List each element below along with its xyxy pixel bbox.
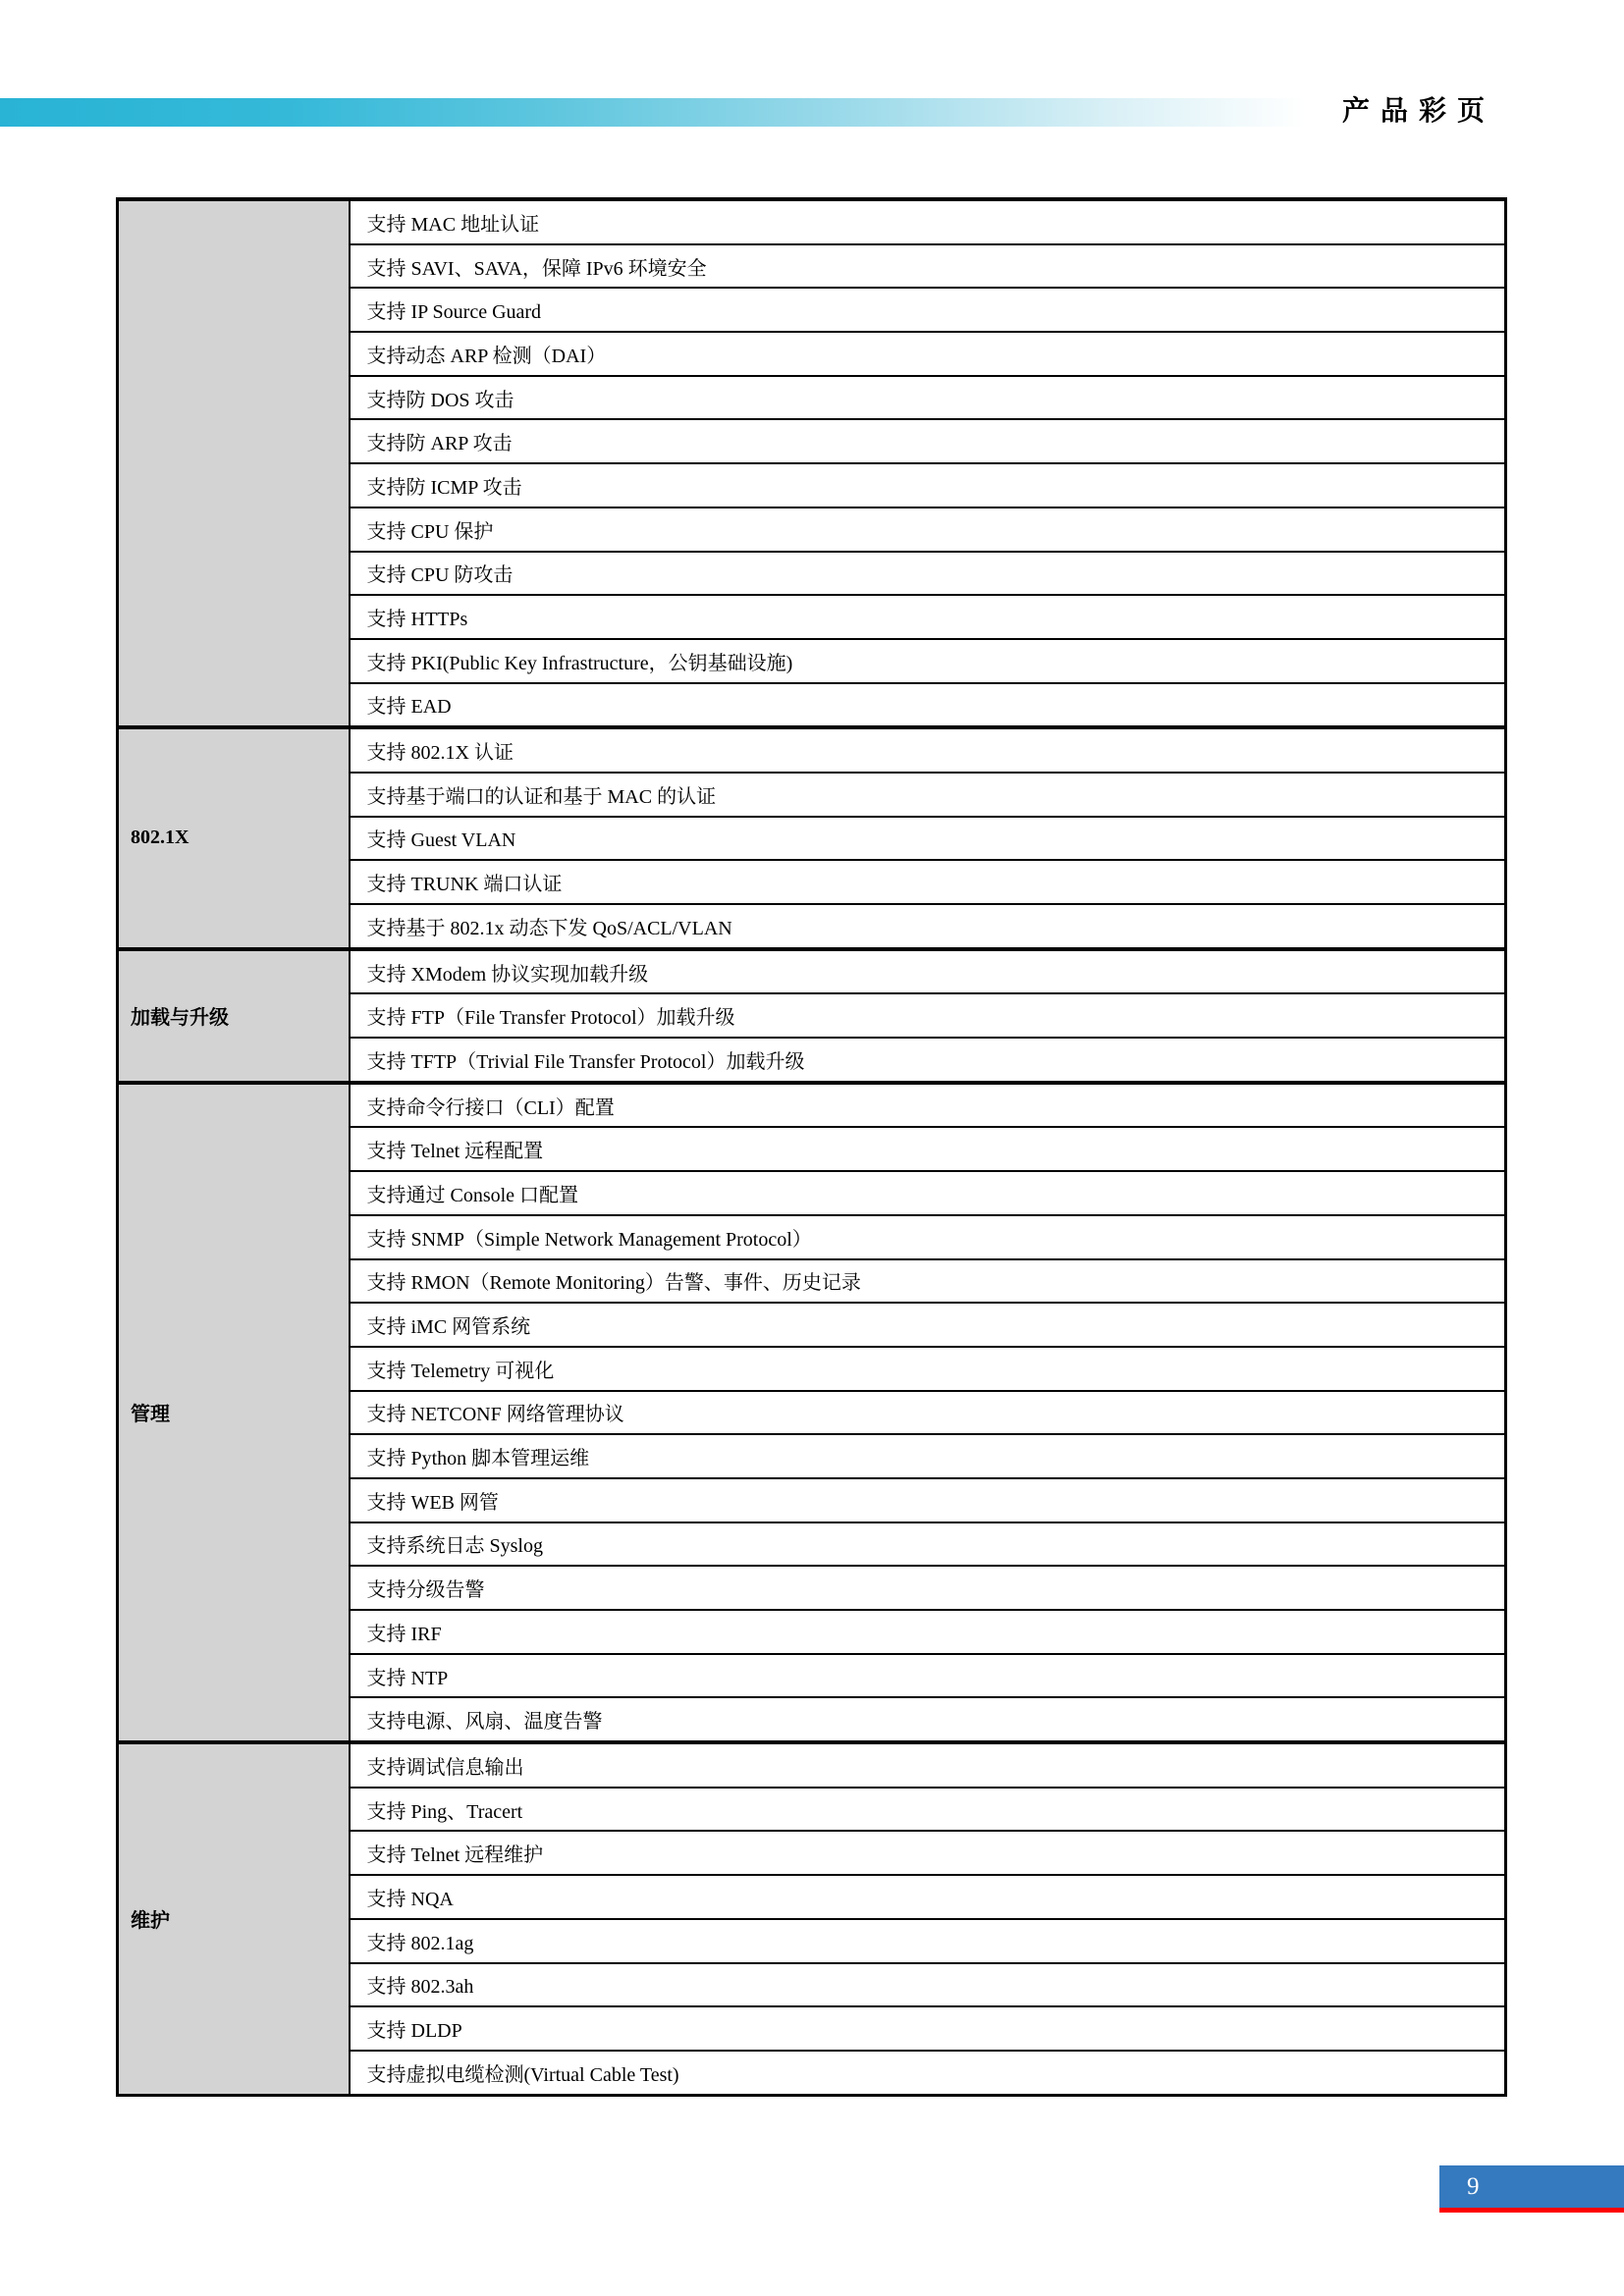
feature-cell: 支持 802.3ah <box>350 1963 1506 2007</box>
feature-cell: 支持 TFTP（Trivial File Transfer Protocol）加… <box>350 1038 1506 1083</box>
table-row: 支持 MAC 地址认证 <box>118 199 1506 244</box>
category-cell <box>118 199 350 727</box>
feature-cell: 支持 Guest VLAN <box>350 817 1506 861</box>
feature-cell: 支持 IP Source Guard <box>350 288 1506 332</box>
document-page: 产 品 彩 页 支持 MAC 地址认证支持 SAVI、SAVA，保障 IPv6 … <box>0 0 1624 2296</box>
feature-cell: 支持 NQA <box>350 1875 1506 1919</box>
feature-cell: 支持 Telnet 远程维护 <box>350 1831 1506 1875</box>
feature-spec-table: 支持 MAC 地址认证支持 SAVI、SAVA，保障 IPv6 环境安全支持 I… <box>116 197 1507 2097</box>
category-cell: 管理 <box>118 1083 350 1742</box>
feature-cell: 支持分级告警 <box>350 1566 1506 1610</box>
feature-cell: 支持 EAD <box>350 683 1506 728</box>
page-header-title: 产 品 彩 页 <box>1342 95 1487 129</box>
feature-cell: 支持 802.1X 认证 <box>350 727 1506 773</box>
feature-cell: 支持 IRF <box>350 1610 1506 1654</box>
table-row: 802.1X支持 802.1X 认证 <box>118 727 1506 773</box>
feature-cell: 支持 HTTPs <box>350 595 1506 639</box>
feature-cell: 支持防 ARP 攻击 <box>350 419 1506 463</box>
feature-cell: 支持系统日志 Syslog <box>350 1522 1506 1567</box>
feature-cell: 支持基于端口的认证和基于 MAC 的认证 <box>350 773 1506 817</box>
feature-cell: 支持虚拟电缆检测(Virtual Cable Test) <box>350 2051 1506 2095</box>
feature-cell: 支持 FTP（File Transfer Protocol）加载升级 <box>350 993 1506 1038</box>
feature-cell: 支持 iMC 网管系统 <box>350 1303 1506 1347</box>
spec-table-body: 支持 MAC 地址认证支持 SAVI、SAVA，保障 IPv6 环境安全支持 I… <box>118 199 1506 2095</box>
table-row: 管理支持命令行接口（CLI）配置 <box>118 1083 1506 1128</box>
feature-cell: 支持基于 802.1x 动态下发 QoS/ACL/VLAN <box>350 904 1506 949</box>
feature-cell: 支持 Telnet 远程配置 <box>350 1127 1506 1171</box>
feature-cell: 支持 XModem 协议实现加载升级 <box>350 949 1506 994</box>
feature-cell: 支持防 ICMP 攻击 <box>350 463 1506 507</box>
feature-cell: 支持 802.1ag <box>350 1919 1506 1963</box>
category-cell: 802.1X <box>118 727 350 948</box>
feature-cell: 支持 MAC 地址认证 <box>350 199 1506 244</box>
table-row: 加载与升级支持 XModem 协议实现加载升级 <box>118 949 1506 994</box>
feature-cell: 支持动态 ARP 检测（DAI） <box>350 332 1506 376</box>
feature-cell: 支持 Python 脚本管理运维 <box>350 1434 1506 1478</box>
feature-cell: 支持 DLDP <box>350 2006 1506 2051</box>
header-gradient-bar <box>0 98 1306 127</box>
feature-cell: 支持电源、风扇、温度告警 <box>350 1697 1506 1742</box>
feature-cell: 支持 NETCONF 网络管理协议 <box>350 1391 1506 1435</box>
feature-cell: 支持 NTP <box>350 1654 1506 1698</box>
feature-cell: 支持防 DOS 攻击 <box>350 376 1506 420</box>
feature-cell: 支持 CPU 保护 <box>350 507 1506 552</box>
feature-cell: 支持 Ping、Tracert <box>350 1788 1506 1832</box>
feature-cell: 支持通过 Console 口配置 <box>350 1171 1506 1215</box>
category-cell: 加载与升级 <box>118 949 350 1083</box>
table-row: 维护支持调试信息输出 <box>118 1742 1506 1788</box>
feature-cell: 支持命令行接口（CLI）配置 <box>350 1083 1506 1128</box>
feature-cell: 支持 CPU 防攻击 <box>350 552 1506 596</box>
page-number-badge: 9 <box>1439 2165 1624 2213</box>
category-cell: 维护 <box>118 1742 350 2095</box>
feature-cell: 支持 Telemetry 可视化 <box>350 1347 1506 1391</box>
feature-cell: 支持 PKI(Public Key Infrastructure，公钥基础设施) <box>350 639 1506 683</box>
page-number: 9 <box>1439 2165 1624 2208</box>
feature-cell: 支持 RMON（Remote Monitoring）告警、事件、历史记录 <box>350 1259 1506 1304</box>
feature-cell: 支持调试信息输出 <box>350 1742 1506 1788</box>
feature-cell: 支持 WEB 网管 <box>350 1478 1506 1522</box>
feature-cell: 支持 TRUNK 端口认证 <box>350 860 1506 904</box>
feature-cell: 支持 SNMP（Simple Network Management Protoc… <box>350 1215 1506 1259</box>
feature-cell: 支持 SAVI、SAVA，保障 IPv6 环境安全 <box>350 244 1506 289</box>
